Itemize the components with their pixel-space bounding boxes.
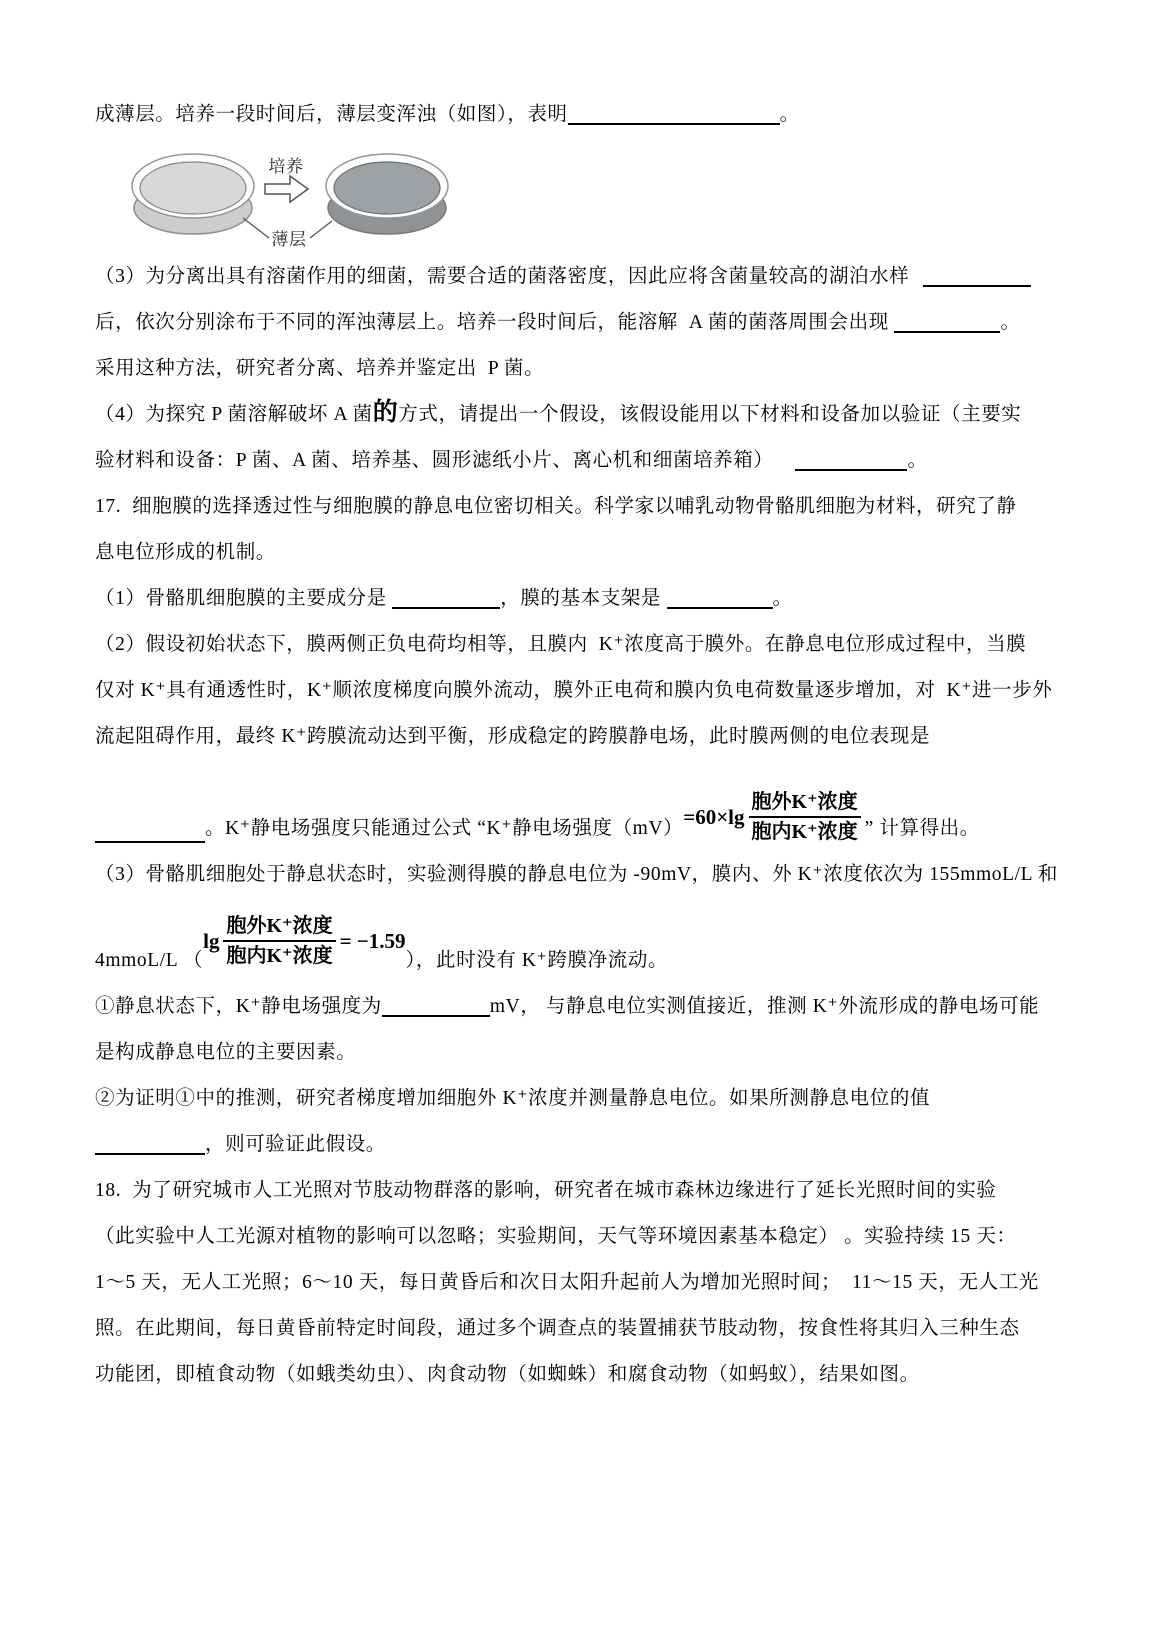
intro-period: 。 [780,104,800,125]
q18-line1: 18. 为了研究城市人工光照对节肢动物群落的影响，研究者在城市森林边缘进行了延长… [95,1168,1078,1214]
q17-1-text-b: ，膜的基本支架是 [500,588,666,609]
q17-2-text2: 仅对 K⁺具有通透性时，K⁺顺浓度梯度向膜外流动，膜外正电荷和膜内负电荷数量逐步… [95,680,1052,701]
q18-text3: 1～5 天，无人工光照；6～10 天，每日黄昏后和次日太阳升起前人为增加光照时间… [95,1272,1039,1293]
q17-3-text2a: 4mmoL/L （ [95,938,203,984]
q17-c1-line2: 是构成静息电位的主要因素。 [95,1030,1078,1076]
q16-4-bold-de: 的 [373,399,399,426]
q17-1-text-end: 。 [773,588,793,609]
formula1-fraction: 胞外K⁺浓度胞内K⁺浓度 [749,790,861,844]
q17-2-line3: 流起阻碍作用，最终 K⁺跨膜流动达到平衡，形成稳定的跨膜静电场，此时膜两侧的电位… [95,714,1078,760]
q17-2-text1: （2）假设初始状态下，膜两侧正负电荷均相等，且膜内 K⁺浓度高于膜外。在静息电位… [95,634,1026,655]
q17-c2-line1: ②为证明①中的推测，研究者梯度增加细胞外 K⁺浓度并测量静息电位。如果所测静息电… [95,1076,1078,1122]
q17-stem-text2: 息电位形成的机制。 [95,542,276,563]
formula2-lead: lg [203,918,219,964]
formula2-result: = −1.59 [340,918,406,964]
q17-3-line1: （3）骨骼肌细胞处于静息状态时，实验测得膜的静息电位为 -90mV，膜内、外 K… [95,852,1078,898]
answer-blank [894,311,1000,333]
q16-3-text3: 采用这种方法，研究者分离、培养并鉴定出 P 菌。 [95,358,544,379]
petri-dish-figure: 培养 薄层 [131,138,1078,254]
culture-arrow-icon [265,176,308,202]
q16-3-line2: 后，依次分别涂布于不同的浑浊薄层上。培养一段时间后，能溶解 A 菌的菌落周围会出… [95,300,1078,346]
formula1-denominator: 胞内K⁺浓度 [749,818,861,844]
q17-1-line: （1）骨骼肌细胞膜的主要成分是 ，膜的基本支架是 。 [95,576,1078,622]
q17-3-text1: （3）骨骼肌细胞处于静息状态时，实验测得膜的静息电位为 -90mV，膜内、外 K… [95,864,1058,885]
q16-3-line3: 采用这种方法，研究者分离、培养并鉴定出 P 菌。 [95,346,1078,392]
answer-blank [95,821,205,843]
q18-text4: 照。在此期间，每日黄昏前特定时间段，通过多个调查点的装置捕获节肢动物，按食性将其… [95,1318,1020,1339]
q17-stem-line2: 息电位形成的机制。 [95,530,1078,576]
formula2-numerator: 胞外K⁺浓度 [223,914,335,942]
q17-stem-text1: 17. 细胞膜的选择透过性与细胞膜的静息电位密切相关。科学家以哺乳动物骨骼肌细胞… [95,496,1017,517]
q16-3-text2-end: 。 [1000,312,1020,333]
q17-c2-text1: ②为证明①中的推测，研究者梯度增加细胞外 K⁺浓度并测量静息电位。如果所测静息电… [95,1088,930,1109]
q16-4-line1: （4）为探究 P 菌溶解破坏 A 菌的方式，请提出一个假设，该假设能用以下材料和… [95,392,1078,438]
q18-line3: 1～5 天，无人工光照；6～10 天，每日黄昏后和次日太阳升起前人为增加光照时间… [95,1260,1078,1306]
q17-2-text3: 流起阻碍作用，最终 K⁺跨膜流动达到平衡，形成稳定的跨膜静电场，此时膜两侧的电位… [95,726,930,747]
q17-c2-text2: ，则可验证此假设。 [205,1134,386,1155]
q17-c2-line2: ，则可验证此假设。 [95,1122,1078,1168]
q17-2-text4b: ” 计算得出。 [865,806,980,852]
petri-dish-before-icon [132,154,254,234]
answer-blank [923,265,1031,287]
q18-line2: （此实验中人工光源对植物的影响可以忽略；实验期间，天气等环境因素基本稳定） 。实… [95,1214,1078,1260]
exam-document-page: 成薄层。培养一段时间后，薄层变浑浊（如图），表明。 培养 [0,0,1158,1638]
q18-text2: （此实验中人工光源对植物的影响可以忽略；实验期间，天气等环境因素基本稳定） 。实… [95,1226,1017,1247]
formula2-denominator: 胞内K⁺浓度 [223,942,335,968]
q17-2-line2: 仅对 K⁺具有通透性时，K⁺顺浓度梯度向膜外流动，膜外正电荷和膜内负电荷数量逐步… [95,668,1078,714]
q17-1-text-a: （1）骨骼肌细胞膜的主要成分是 [95,588,392,609]
q17-c1-text-a: ①静息状态下，K⁺静电场强度为 [95,996,382,1017]
answer-blank [95,1133,205,1155]
q17-c1-text-b: mV， 与静息电位实测值接近，推测 K⁺外流形成的静电场可能 [490,996,1039,1017]
k-field-strength-formula: =60×lg胞外K⁺浓度胞内K⁺浓度 [683,790,864,844]
thin-layer-label: 薄层 [271,230,306,248]
formula1-numerator: 胞外K⁺浓度 [749,790,861,818]
q17-c1-line1: ①静息状态下，K⁺静电场强度为mV， 与静息电位实测值接近，推测 K⁺外流形成的… [95,984,1078,1030]
petri-dish-diagram: 培养 薄层 [131,148,451,248]
answer-blank [795,449,907,471]
q18-line4: 照。在此期间，每日黄昏前特定时间段，通过多个调查点的装置捕获节肢动物，按食性将其… [95,1306,1078,1352]
q16-3-line1: （3）为分离出具有溶菌作用的细菌，需要合适的菌落密度，因此应将含菌量较高的湖泊水… [95,254,1078,300]
q17-c1-text2: 是构成静息电位的主要因素。 [95,1042,356,1063]
q16-4-line2: 验材料和设备：P 菌、A 菌、培养基、圆形滤纸小片、离心机和细菌培养箱）。 [95,438,1078,484]
q18-line5: 功能团，即植食动物（如蛾类幼虫）、肉食动物（如蜘蛛）和腐食动物（如蚂蚁），结果如… [95,1352,1078,1398]
q16-3-text2: 后，依次分别涂布于不同的浑浊薄层上。培养一段时间后，能溶解 A 菌的菌落周围会出… [95,312,894,333]
culture-label: 培养 [268,157,303,176]
intro-text: 成薄层。培养一段时间后，薄层变浑浊（如图），表明 [95,104,568,125]
q16-4-text2-end: 。 [907,450,927,471]
lg-ratio-formula: lg胞外K⁺浓度胞内K⁺浓度= −1.59 [203,914,405,968]
q17-2-line1: （2）假设初始状态下，膜两侧正负电荷均相等，且膜内 K⁺浓度高于膜外。在静息电位… [95,622,1078,668]
q18-text1: 18. 为了研究城市人工光照对节肢动物群落的影响，研究者在城市森林边缘进行了延长… [95,1180,996,1201]
q17-3-formula-line: 4mmoL/L （lg胞外K⁺浓度胞内K⁺浓度= −1.59），此时没有 K⁺跨… [95,898,1078,984]
q16-4-text1b: 方式，请提出一个假设，该假设能用以下材料和设备加以验证（主要实 [398,404,1021,425]
q16-3-text1: （3）为分离出具有溶菌作用的细菌，需要合适的菌落密度，因此应将含菌量较高的湖泊水… [95,266,909,287]
q16-4-text1a: （4）为探究 P 菌溶解破坏 A 菌 [95,404,373,425]
formula2-fraction: 胞外K⁺浓度胞内K⁺浓度 [223,914,335,968]
q17-stem-line1: 17. 细胞膜的选择透过性与细胞膜的静息电位密切相关。科学家以哺乳动物骨骼肌细胞… [95,484,1078,530]
q17-3-text2b: ），此时没有 K⁺跨膜净流动。 [406,938,669,984]
q17-2-formula-line: 。K⁺静电场强度只能通过公式 “K⁺静电场强度（mV）=60×lg胞外K⁺浓度胞… [95,760,1078,852]
answer-blank [667,587,773,609]
petri-dish-after-icon [326,154,448,234]
answer-blank [382,995,490,1017]
q16-4-text2: 验材料和设备：P 菌、A 菌、培养基、圆形滤纸小片、离心机和细菌培养箱） [95,450,773,471]
formula1-lead: =60×lg [683,794,744,840]
q17-2-text4a: 。K⁺静电场强度只能通过公式 “K⁺静电场强度（mV） [205,806,683,852]
answer-blank [392,587,500,609]
q18-text5: 功能团，即植食动物（如蛾类幼虫）、肉食动物（如蜘蛛）和腐食动物（如蚂蚁），结果如… [95,1364,920,1385]
intro-line: 成薄层。培养一段时间后，薄层变浑浊（如图），表明。 [95,92,1078,138]
answer-blank [568,103,780,125]
